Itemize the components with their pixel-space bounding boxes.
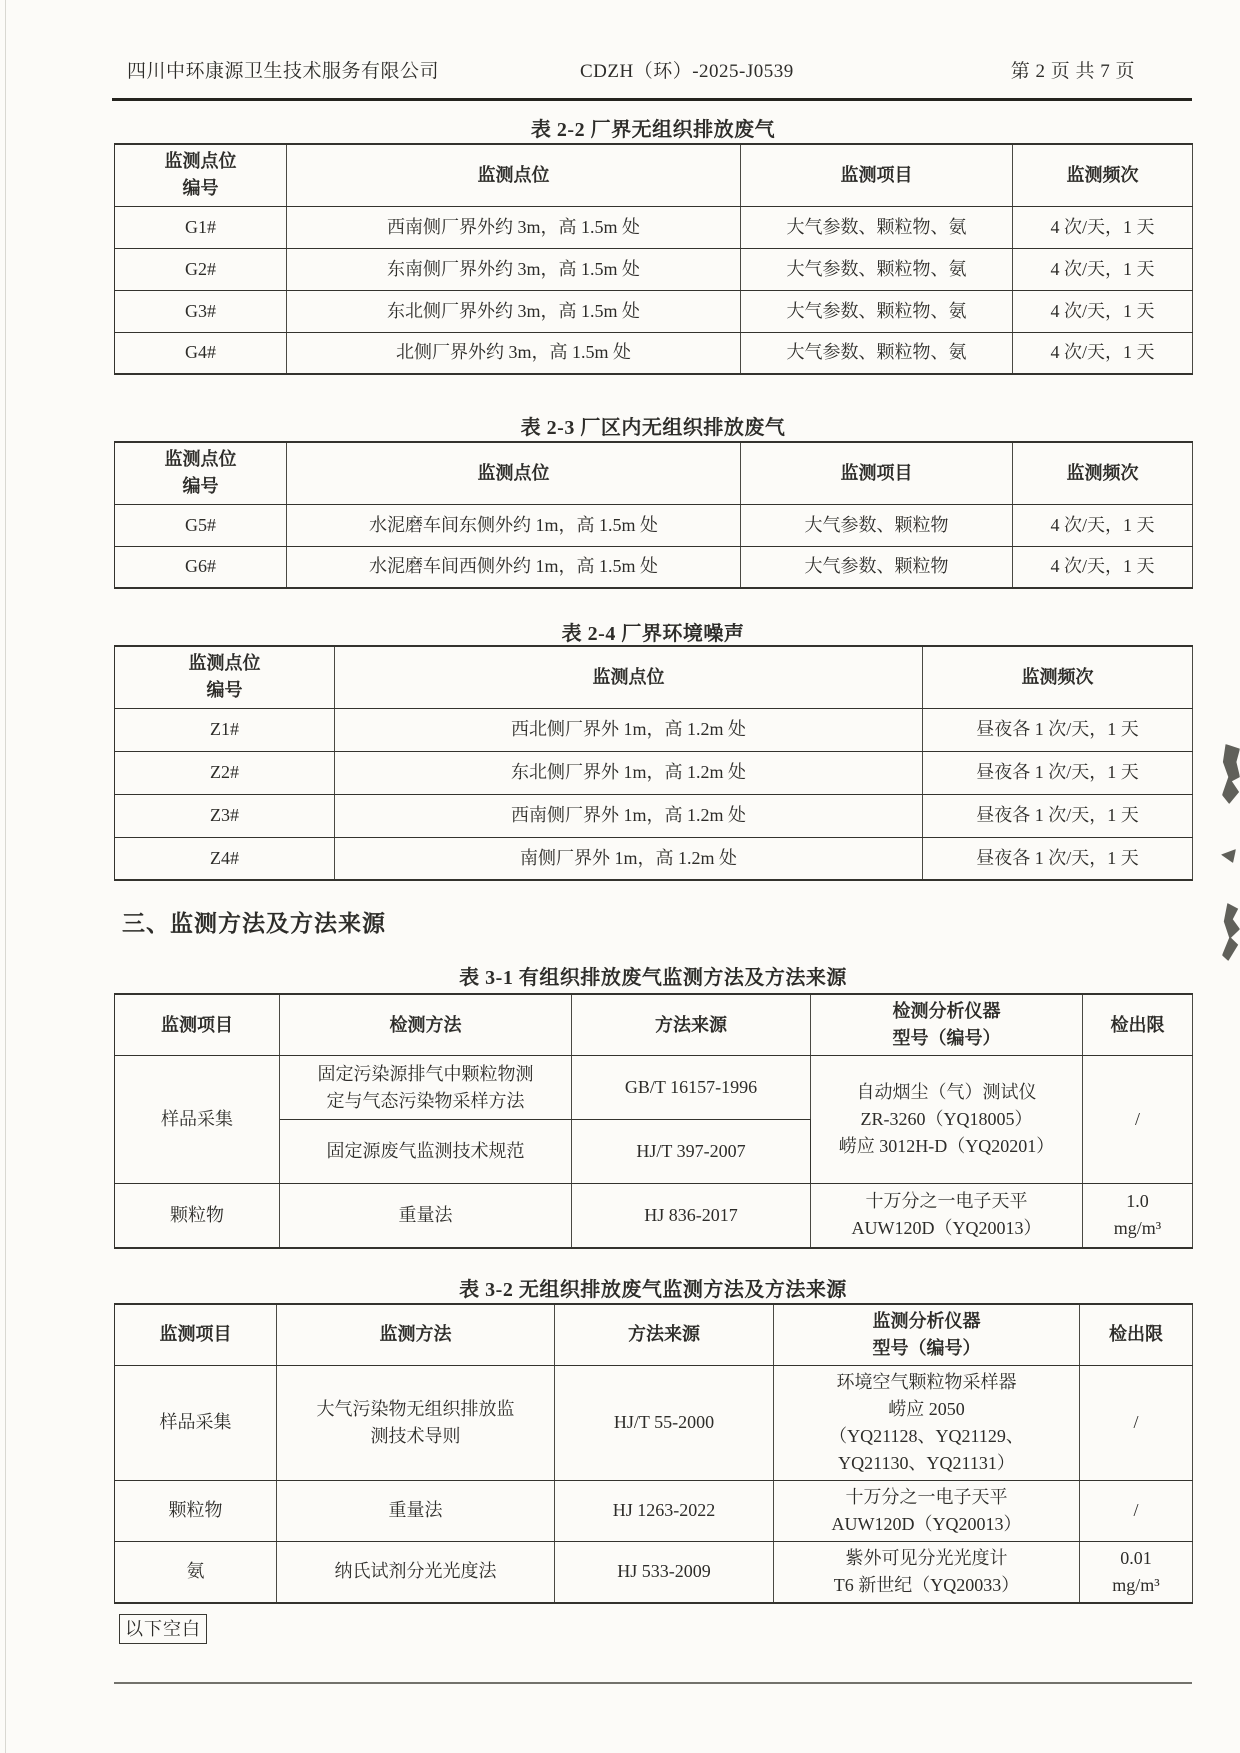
table-header-row: 监测点位 编号 监测点位 监测频次 bbox=[115, 646, 1193, 708]
column-header-item: 监测项目 bbox=[115, 1304, 277, 1366]
limit-cell: / bbox=[1080, 1365, 1193, 1480]
column-header-items: 监测项目 bbox=[741, 442, 1013, 504]
point-id-cell: G6# bbox=[115, 546, 287, 588]
frequency-cell: 4 次/天，1 天 bbox=[1013, 248, 1193, 290]
header-divider bbox=[112, 98, 1192, 101]
table-header-row: 监测点位 编号 监测点位 监测项目 监测频次 bbox=[115, 442, 1193, 504]
point-cell: 西南侧厂界外 1m，高 1.2m 处 bbox=[335, 794, 923, 837]
column-header-source: 方法来源 bbox=[555, 1304, 774, 1366]
limit-cell: / bbox=[1080, 1480, 1193, 1541]
frequency-cell: 4 次/天，1 天 bbox=[1013, 504, 1193, 546]
column-header-point: 监测点位 bbox=[287, 144, 741, 206]
point-id-cell: Z1# bbox=[115, 708, 335, 751]
page-content: 四川中环康源卫生技术服务有限公司 CDZH（环）-2025-J0539 第 2 … bbox=[114, 0, 1192, 1684]
item-cell: 样品采集 bbox=[115, 1056, 280, 1184]
frequency-cell: 4 次/天，1 天 bbox=[1013, 332, 1193, 374]
table-2-4-title: 表 2-4 厂界环境噪声 bbox=[114, 617, 1192, 643]
column-header-items: 监测项目 bbox=[741, 144, 1013, 206]
frequency-cell: 4 次/天，1 天 bbox=[1013, 290, 1193, 332]
column-header-item: 监测项目 bbox=[115, 994, 280, 1056]
column-header-method: 监测方法 bbox=[277, 1304, 555, 1366]
column-header-point-id: 监测点位 编号 bbox=[115, 646, 335, 708]
table-row: Z3# 西南侧厂界外 1m，高 1.2m 处 昼夜各 1 次/天，1 天 bbox=[115, 794, 1193, 837]
instrument-cell: 自动烟尘（气）测试仪 ZR-3260（YQ18005） 崂应 3012H-D（Y… bbox=[811, 1056, 1083, 1184]
method-cell: 重量法 bbox=[277, 1480, 555, 1541]
column-header-instrument: 检测分析仪器 型号（编号） bbox=[811, 994, 1083, 1056]
limit-cell: 1.0 mg/m³ bbox=[1083, 1184, 1193, 1248]
point-id-cell: Z2# bbox=[115, 751, 335, 794]
column-header-frequency: 监测频次 bbox=[923, 646, 1193, 708]
page-header: 四川中环康源卫生技术服务有限公司 CDZH（环）-2025-J0539 第 2 … bbox=[114, 56, 1192, 86]
section-heading: 三、监测方法及方法来源 bbox=[122, 905, 1192, 937]
item-cell: 颗粒物 bbox=[115, 1480, 277, 1541]
point-id-cell: Z3# bbox=[115, 794, 335, 837]
frequency-cell: 昼夜各 1 次/天，1 天 bbox=[923, 708, 1193, 751]
method-cell: 重量法 bbox=[280, 1184, 572, 1248]
table-2-4: 监测点位 编号 监测点位 监测频次 Z1# 西北侧厂界外 1m，高 1.2m 处… bbox=[114, 645, 1193, 881]
footer-divider bbox=[114, 1682, 1192, 1684]
table-row: G2# 东南侧厂界外约 3m，高 1.5m 处 大气参数、颗粒物、氨 4 次/天… bbox=[115, 248, 1193, 290]
column-header-instrument: 监测分析仪器 型号（编号） bbox=[774, 1304, 1080, 1366]
scan-artifact bbox=[1222, 903, 1240, 961]
column-header-frequency: 监测频次 bbox=[1013, 442, 1193, 504]
below-blank-note: 以下空白 bbox=[119, 1614, 207, 1644]
column-header-point-id: 监测点位 编号 bbox=[115, 442, 287, 504]
company-name: 四川中环康源卫生技术服务有限公司 bbox=[127, 56, 439, 83]
item-cell: 样品采集 bbox=[115, 1365, 277, 1480]
source-cell: HJ 533-2009 bbox=[555, 1541, 774, 1603]
table-3-1-title: 表 3-1 有组织排放废气监测方法及方法来源 bbox=[114, 961, 1192, 987]
instrument-cell: 紫外可见分光光度计 T6 新世纪（YQ20033） bbox=[774, 1541, 1080, 1603]
point-id-cell: G2# bbox=[115, 248, 287, 290]
table-2-3: 监测点位 编号 监测点位 监测项目 监测频次 G5# 水泥磨车间东侧外约 1m，… bbox=[114, 441, 1193, 589]
frequency-cell: 4 次/天，1 天 bbox=[1013, 206, 1193, 248]
column-header-limit: 检出限 bbox=[1080, 1304, 1193, 1366]
point-cell: 东北侧厂界外约 3m，高 1.5m 处 bbox=[287, 290, 741, 332]
item-cell: 颗粒物 bbox=[115, 1184, 280, 1248]
table-row: 样品采集 固定污染源排气中颗粒物测 定与气态污染物采样方法 GB/T 16157… bbox=[115, 1056, 1193, 1120]
column-header-source: 方法来源 bbox=[572, 994, 811, 1056]
items-cell: 大气参数、颗粒物、氨 bbox=[741, 290, 1013, 332]
limit-cell: / bbox=[1083, 1056, 1193, 1184]
scan-artifact bbox=[1222, 744, 1240, 804]
column-header-point: 监测点位 bbox=[287, 442, 741, 504]
point-cell: 水泥磨车间东侧外约 1m，高 1.5m 处 bbox=[287, 504, 741, 546]
frequency-cell: 昼夜各 1 次/天，1 天 bbox=[923, 837, 1193, 880]
limit-cell: 0.01 mg/m³ bbox=[1080, 1541, 1193, 1603]
document-number: CDZH（环）-2025-J0539 bbox=[580, 56, 794, 83]
point-id-cell: G4# bbox=[115, 332, 287, 374]
method-cell: 固定源废气监测技术规范 bbox=[280, 1120, 572, 1184]
table-header-row: 监测点位 编号 监测点位 监测项目 监测频次 bbox=[115, 144, 1193, 206]
point-cell: 南侧厂界外 1m，高 1.2m 处 bbox=[335, 837, 923, 880]
frequency-cell: 昼夜各 1 次/天，1 天 bbox=[923, 794, 1193, 837]
column-header-frequency: 监测频次 bbox=[1013, 144, 1193, 206]
table-row: G4# 北侧厂界外约 3m，高 1.5m 处 大气参数、颗粒物、氨 4 次/天，… bbox=[115, 332, 1193, 374]
table-row: G3# 东北侧厂界外约 3m，高 1.5m 处 大气参数、颗粒物、氨 4 次/天… bbox=[115, 290, 1193, 332]
table-row: G1# 西南侧厂界外约 3m，高 1.5m 处 大气参数、颗粒物、氨 4 次/天… bbox=[115, 206, 1193, 248]
instrument-cell: 十万分之一电子天平 AUW120D（YQ20013） bbox=[774, 1480, 1080, 1541]
table-3-2: 监测项目 监测方法 方法来源 监测分析仪器 型号（编号） 检出限 样品采集 大气… bbox=[114, 1303, 1193, 1605]
frequency-cell: 昼夜各 1 次/天，1 天 bbox=[923, 751, 1193, 794]
table-3-2-title: 表 3-2 无组织排放废气监测方法及方法来源 bbox=[114, 1273, 1192, 1299]
table-row: 颗粒物 重量法 HJ 836-2017 十万分之一电子天平 AUW120D（YQ… bbox=[115, 1184, 1193, 1248]
table-2-2-title: 表 2-2 厂界无组织排放废气 bbox=[114, 113, 1192, 139]
table-row: 样品采集 大气污染物无组织排放监 测技术导则 HJ/T 55-2000 环境空气… bbox=[115, 1365, 1193, 1480]
point-cell: 东北侧厂界外 1m，高 1.2m 处 bbox=[335, 751, 923, 794]
table-row: G6# 水泥磨车间西侧外约 1m，高 1.5m 处 大气参数、颗粒物 4 次/天… bbox=[115, 546, 1193, 588]
frequency-cell: 4 次/天，1 天 bbox=[1013, 546, 1193, 588]
source-cell: HJ/T 397-2007 bbox=[572, 1120, 811, 1184]
item-cell: 氨 bbox=[115, 1541, 277, 1603]
point-id-cell: Z4# bbox=[115, 837, 335, 880]
method-cell: 纳氏试剂分光光度法 bbox=[277, 1541, 555, 1603]
table-header-row: 监测项目 监测方法 方法来源 监测分析仪器 型号（编号） 检出限 bbox=[115, 1304, 1193, 1366]
items-cell: 大气参数、颗粒物、氨 bbox=[741, 206, 1013, 248]
source-cell: HJ/T 55-2000 bbox=[555, 1365, 774, 1480]
method-cell: 固定污染源排气中颗粒物测 定与气态污染物采样方法 bbox=[280, 1056, 572, 1120]
table-row: 颗粒物 重量法 HJ 1263-2022 十万分之一电子天平 AUW120D（Y… bbox=[115, 1480, 1193, 1541]
column-header-limit: 检出限 bbox=[1083, 994, 1193, 1056]
point-cell: 东南侧厂界外约 3m，高 1.5m 处 bbox=[287, 248, 741, 290]
point-cell: 水泥磨车间西侧外约 1m，高 1.5m 处 bbox=[287, 546, 741, 588]
items-cell: 大气参数、颗粒物 bbox=[741, 504, 1013, 546]
table-row: G5# 水泥磨车间东侧外约 1m，高 1.5m 处 大气参数、颗粒物 4 次/天… bbox=[115, 504, 1193, 546]
point-id-cell: G1# bbox=[115, 206, 287, 248]
point-cell: 北侧厂界外约 3m，高 1.5m 处 bbox=[287, 332, 741, 374]
items-cell: 大气参数、颗粒物、氨 bbox=[741, 248, 1013, 290]
column-header-method: 检测方法 bbox=[280, 994, 572, 1056]
table-row: 氨 纳氏试剂分光光度法 HJ 533-2009 紫外可见分光光度计 T6 新世纪… bbox=[115, 1541, 1193, 1603]
table-2-3-title: 表 2-3 厂区内无组织排放废气 bbox=[114, 411, 1192, 437]
point-cell: 西北侧厂界外 1m，高 1.2m 处 bbox=[335, 708, 923, 751]
items-cell: 大气参数、颗粒物、氨 bbox=[741, 332, 1013, 374]
method-cell: 大气污染物无组织排放监 测技术导则 bbox=[277, 1365, 555, 1480]
table-row: Z1# 西北侧厂界外 1m，高 1.2m 处 昼夜各 1 次/天，1 天 bbox=[115, 708, 1193, 751]
instrument-cell: 十万分之一电子天平 AUW120D（YQ20013） bbox=[811, 1184, 1083, 1248]
column-header-point-id: 监测点位 编号 bbox=[115, 144, 287, 206]
scan-artifact bbox=[1221, 849, 1236, 863]
point-id-cell: G5# bbox=[115, 504, 287, 546]
table-3-1: 监测项目 检测方法 方法来源 检测分析仪器 型号（编号） 检出限 样品采集 固定… bbox=[114, 993, 1193, 1249]
document-page: 四川中环康源卫生技术服务有限公司 CDZH（环）-2025-J0539 第 2 … bbox=[0, 0, 1240, 1753]
scan-page-edge-line bbox=[5, 0, 6, 1753]
items-cell: 大气参数、颗粒物 bbox=[741, 546, 1013, 588]
instrument-cell: 环境空气颗粒物采样器 崂应 2050 （YQ21128、YQ21129、 YQ2… bbox=[774, 1365, 1080, 1480]
source-cell: HJ 836-2017 bbox=[572, 1184, 811, 1248]
page-number: 第 2 页 共 7 页 bbox=[1011, 56, 1135, 83]
point-id-cell: G3# bbox=[115, 290, 287, 332]
table-2-2: 监测点位 编号 监测点位 监测项目 监测频次 G1# 西南侧厂界外约 3m，高 … bbox=[114, 143, 1193, 375]
column-header-point: 监测点位 bbox=[335, 646, 923, 708]
table-row: Z4# 南侧厂界外 1m，高 1.2m 处 昼夜各 1 次/天，1 天 bbox=[115, 837, 1193, 880]
source-cell: GB/T 16157-1996 bbox=[572, 1056, 811, 1120]
table-header-row: 监测项目 检测方法 方法来源 检测分析仪器 型号（编号） 检出限 bbox=[115, 994, 1193, 1056]
source-cell: HJ 1263-2022 bbox=[555, 1480, 774, 1541]
table-row: Z2# 东北侧厂界外 1m，高 1.2m 处 昼夜各 1 次/天，1 天 bbox=[115, 751, 1193, 794]
point-cell: 西南侧厂界外约 3m，高 1.5m 处 bbox=[287, 206, 741, 248]
